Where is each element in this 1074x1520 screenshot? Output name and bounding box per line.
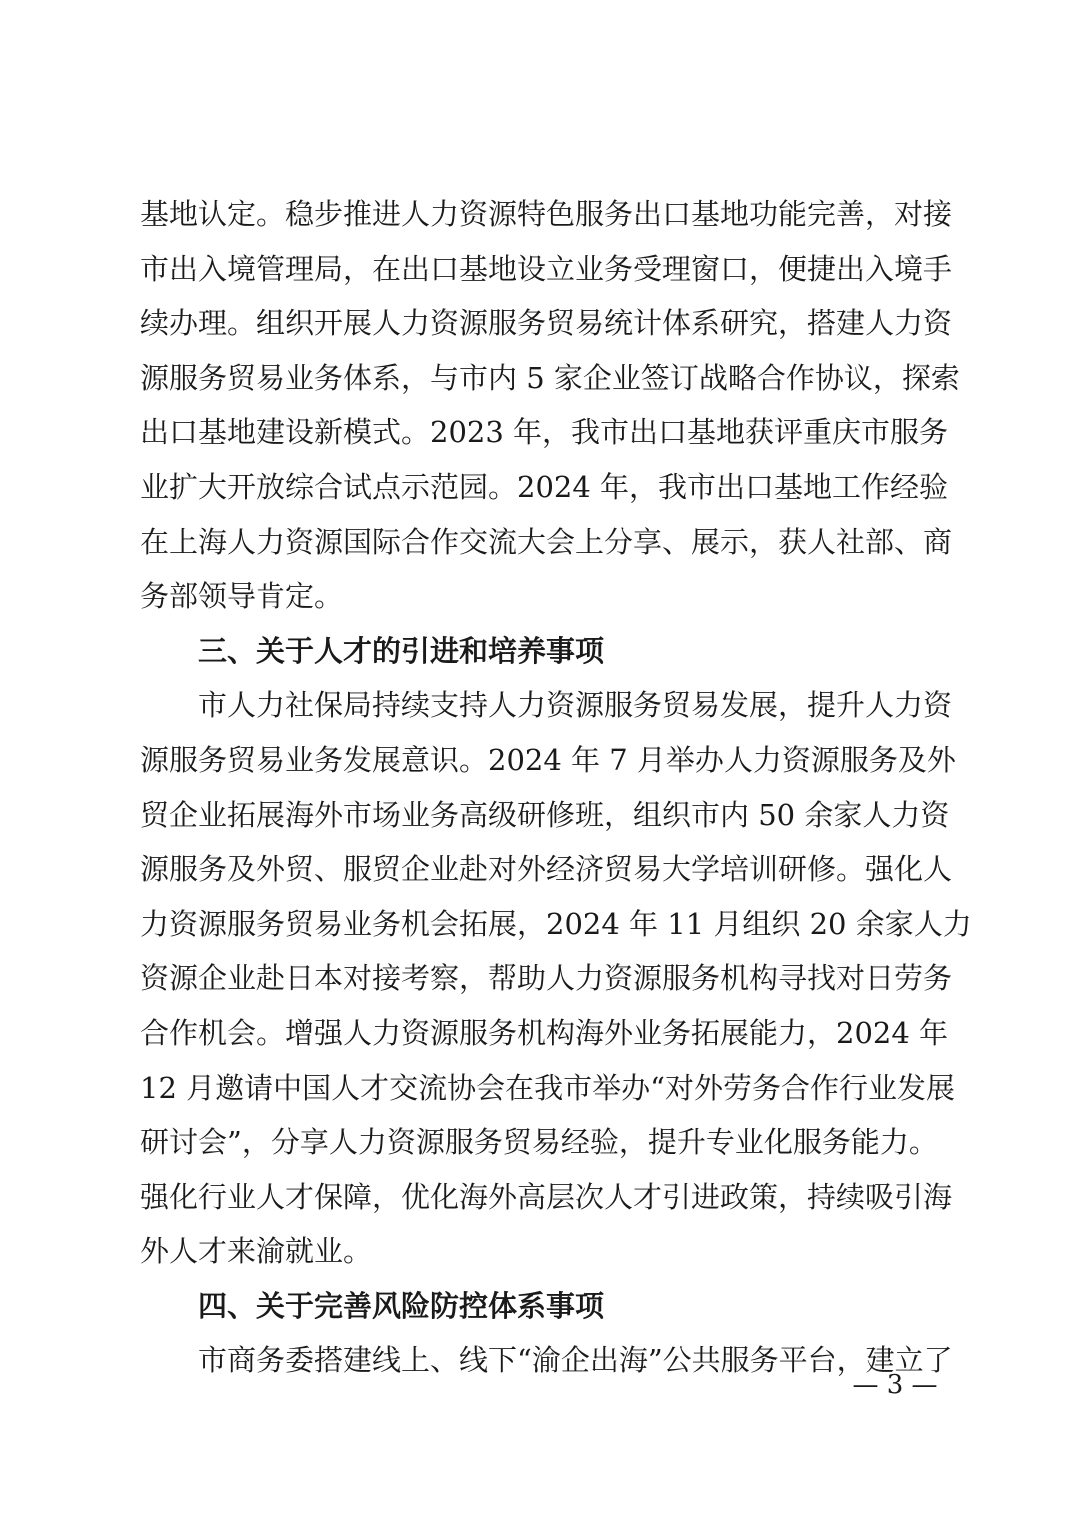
text-line: 出口基地建设新模式。2023 年，我市出口基地获评重庆市服务 bbox=[140, 405, 936, 460]
text-line: 源服务贸易业务发展意识。2024 年 7 月举办人力资源服务及外 bbox=[140, 733, 936, 788]
text-line: 市出入境管理局，在出口基地设立业务受理窗口，便捷出入境手 bbox=[140, 242, 936, 297]
text-line: 业扩大开放综合试点示范园。2024 年，我市出口基地工作经验 bbox=[140, 460, 936, 515]
text-line: 市人力社保局持续支持人力资源服务贸易发展，提升人力资 bbox=[140, 678, 936, 733]
text-line: 贸企业拓展海外市场业务高级研修班，组织市内 50 余家人力资 bbox=[140, 788, 936, 843]
document-page: 基地认定。稳步推进人力资源特色服务出口基地功能完善，对接 市出入境管理局，在出口… bbox=[0, 0, 1074, 1520]
text-line: 力资源服务贸易业务机会拓展，2024 年 11 月组织 20 余家人力 bbox=[140, 897, 936, 952]
text-line: 源服务贸易业务体系，与市内 5 家企业签订战略合作协议，探索 bbox=[140, 351, 936, 406]
document-body: 基地认定。稳步推进人力资源特色服务出口基地功能完善，对接 市出入境管理局，在出口… bbox=[140, 187, 936, 1388]
paragraph-continuation: 基地认定。稳步推进人力资源特色服务出口基地功能完善，对接 市出入境管理局，在出口… bbox=[140, 187, 936, 624]
text-line: 外人才来渝就业。 bbox=[140, 1224, 936, 1279]
text-line: 强化行业人才保障，优化海外高层次人才引进政策，持续吸引海 bbox=[140, 1170, 936, 1225]
text-line: 在上海人力资源国际合作交流大会上分享、展示，获人社部、商 bbox=[140, 515, 936, 570]
text-line: 资源企业赴日本对接考察，帮助人力资源服务机构寻找对日劳务 bbox=[140, 951, 936, 1006]
page-number: — 3 — bbox=[845, 1370, 945, 1400]
text-line: 续办理。组织开展人力资源服务贸易统计体系研究，搭建人力资 bbox=[140, 296, 936, 351]
paragraph-risk-control: 市商务委搭建线上、线下“渝企出海”公共服务平台，建立了 bbox=[140, 1333, 936, 1388]
text-line: 务部领导肯定。 bbox=[140, 569, 936, 624]
text-line: 12 月邀请中国人才交流协会在我市举办“对外劳务合作行业发展 bbox=[140, 1061, 936, 1116]
text-line: 源服务及外贸、服贸企业赴对外经济贸易大学培训研修。强化人 bbox=[140, 842, 936, 897]
text-line: 基地认定。稳步推进人力资源特色服务出口基地功能完善，对接 bbox=[140, 187, 936, 242]
text-line: 市商务委搭建线上、线下“渝企出海”公共服务平台，建立了 bbox=[140, 1333, 936, 1388]
text-line: 合作机会。增强人力资源服务机构海外业务拓展能力，2024 年 bbox=[140, 1006, 936, 1061]
section-heading-risk-control: 四、关于完善风险防控体系事项 bbox=[140, 1279, 936, 1334]
text-line: 研讨会”，分享人力资源服务贸易经验，提升专业化服务能力。 bbox=[140, 1115, 936, 1170]
paragraph-talent: 市人力社保局持续支持人力资源服务贸易发展，提升人力资 源服务贸易业务发展意识。2… bbox=[140, 678, 936, 1279]
section-heading-talent: 三、关于人才的引进和培养事项 bbox=[140, 624, 936, 679]
